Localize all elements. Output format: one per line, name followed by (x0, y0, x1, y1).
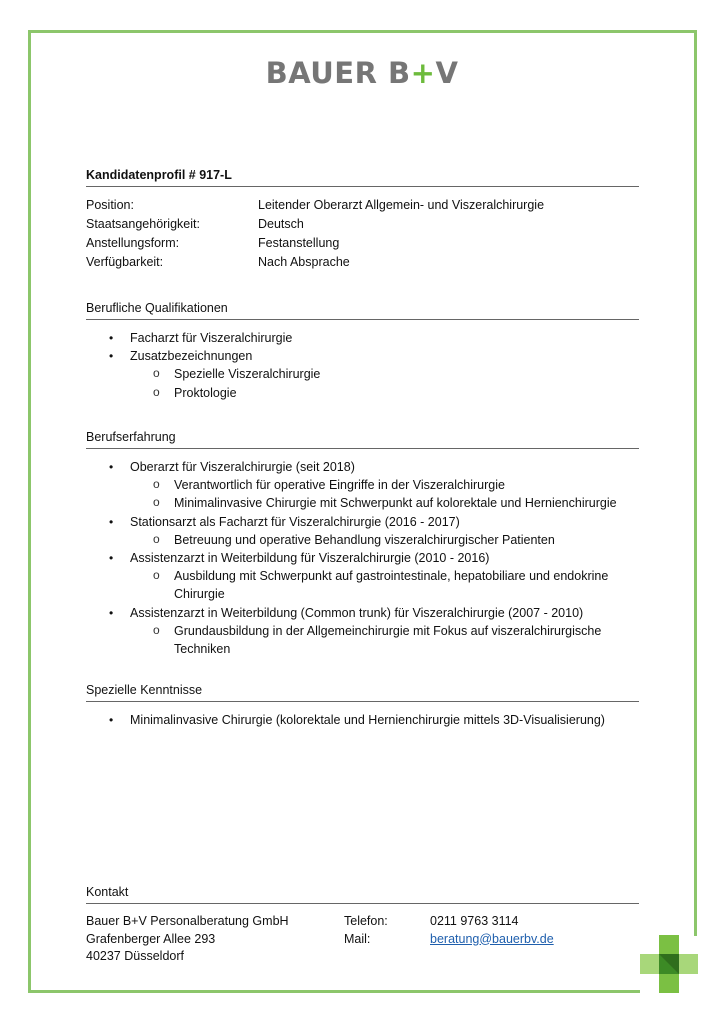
sub-bullet-icon: o (153, 566, 160, 584)
qualifications-section: Berufliche Qualifikationen •Facharzt für… (86, 301, 639, 402)
bullet-icon: • (109, 549, 113, 567)
contact-title: Kontakt (86, 885, 639, 904)
bullet-icon: • (109, 711, 113, 729)
sub-bullet-icon: o (153, 383, 160, 401)
profile-section: Kandidatenprofil # 917-L Position:Leiten… (86, 168, 639, 272)
sub-list-item: oVerantwortlich für operative Eingriffe … (86, 476, 639, 494)
bullet-icon: • (109, 513, 113, 531)
field-label: Verfügbarkeit: (86, 253, 258, 272)
field-value: Festanstellung (258, 234, 339, 253)
profile-fields: Position:Leitender Oberarzt Allgemein- u… (86, 196, 639, 272)
profile-field-row: Verfügbarkeit:Nach Absprache (86, 253, 639, 272)
list-item-text: Oberarzt für Viszeralchirurgie (seit 201… (130, 460, 355, 474)
sub-list-item-text: Betreuung und operative Behandlung visze… (174, 533, 555, 547)
page-frame-right (694, 30, 697, 936)
company-logo: BAUER B+V (0, 56, 724, 90)
sub-list-item: oMinimalinvasive Chirurgie mit Schwerpun… (86, 494, 639, 512)
sub-list-item-text: Minimalinvasive Chirurgie mit Schwerpunk… (174, 496, 617, 510)
sub-list-item: oAusbildung mit Schwerpunkt auf gastroin… (86, 567, 639, 603)
experience-title: Berufserfahrung (86, 430, 639, 449)
list-item-text: Facharzt für Viszeralchirurgie (130, 331, 292, 345)
skills-section: Spezielle Kenntnisse •Minimalinvasive Ch… (86, 683, 639, 729)
profile-title: Kandidatenprofil # 917-L (86, 168, 639, 187)
field-label: Anstellungsform: (86, 234, 258, 253)
qualifications-title: Berufliche Qualifikationen (86, 301, 639, 320)
sub-list-item-text: Proktologie (174, 386, 237, 400)
green-cross-icon (640, 935, 698, 993)
profile-field-row: Staatsangehörigkeit:Deutsch (86, 215, 639, 234)
field-label: Position: (86, 196, 258, 215)
list-item: •Assistenzarzt in Weiterbildung (Common … (86, 604, 639, 622)
list-item-text: Minimalinvasive Chirurgie (kolorektale u… (130, 713, 605, 727)
sub-list-item-text: Ausbildung mit Schwerpunkt auf gastroint… (174, 569, 608, 601)
sub-bullet-icon: o (153, 364, 160, 382)
sub-list-item: oSpezielle Viszeralchirurgie (86, 365, 639, 383)
experience-section: Berufserfahrung •Oberarzt für Viszeralch… (86, 430, 639, 658)
field-value: Leitender Oberarzt Allgemein- und Viszer… (258, 196, 544, 215)
list-item: •Oberarzt für Viszeralchirurgie (seit 20… (86, 458, 639, 476)
list-item-text: Stationsarzt als Facharzt für Viszeralch… (130, 515, 460, 529)
page-frame-left (28, 30, 31, 993)
contact-street: Grafenberger Allee 293 (86, 931, 344, 949)
phone-number: 0211 9763 3114 (430, 913, 519, 931)
field-value: Nach Absprache (258, 253, 350, 272)
list-item: •Zusatzbezeichnungen (86, 347, 639, 365)
bullet-icon: • (109, 347, 113, 365)
list-item: •Minimalinvasive Chirurgie (kolorektale … (86, 711, 639, 729)
sub-list-item-text: Spezielle Viszeralchirurgie (174, 367, 320, 381)
page-frame-bottom (28, 990, 640, 993)
contact-company: Bauer B+V Personalberatung GmbH (86, 913, 344, 931)
list-item-text: Zusatzbezeichnungen (130, 349, 252, 363)
profile-field-row: Anstellungsform:Festanstellung (86, 234, 639, 253)
list-item: •Facharzt für Viszeralchirurgie (86, 329, 639, 347)
logo-plus-icon: + (411, 56, 436, 90)
phone-label: Telefon: (344, 913, 430, 931)
list-item-text: Assistenzarzt in Weiterbildung für Visze… (130, 551, 489, 565)
list-item-text: Assistenzarzt in Weiterbildung (Common t… (130, 606, 583, 620)
sub-list-item-text: Verantwortlich für operative Eingriffe i… (174, 478, 505, 492)
sub-bullet-icon: o (153, 475, 160, 493)
qualifications-list: •Facharzt für Viszeralchirurgie•Zusatzbe… (86, 329, 639, 402)
sub-bullet-icon: o (153, 530, 160, 548)
sub-list-item: oGrundausbildung in der Allgemeinchirurg… (86, 622, 639, 658)
mail-label: Mail: (344, 931, 430, 949)
sub-bullet-icon: o (153, 493, 160, 511)
sub-bullet-icon: o (153, 621, 160, 639)
field-value: Deutsch (258, 215, 304, 234)
bullet-icon: • (109, 604, 113, 622)
list-item: •Assistenzarzt in Weiterbildung für Visz… (86, 549, 639, 567)
skills-list: •Minimalinvasive Chirurgie (kolorektale … (86, 711, 639, 729)
skills-title: Spezielle Kenntnisse (86, 683, 639, 702)
contact-city: 40237 Düsseldorf (86, 948, 344, 966)
bullet-icon: • (109, 458, 113, 476)
contact-section: Kontakt Bauer B+V Personalberatung GmbH … (86, 885, 639, 966)
experience-list: •Oberarzt für Viszeralchirurgie (seit 20… (86, 458, 639, 658)
sub-list-item-text: Grundausbildung in der Allgemeinchirurgi… (174, 624, 601, 656)
page-frame-top (28, 30, 697, 33)
mail-link[interactable]: beratung@bauerbv.de (430, 931, 554, 949)
sub-list-item: oBetreuung und operative Behandlung visz… (86, 531, 639, 549)
sub-list-item: oProktologie (86, 384, 639, 402)
field-label: Staatsangehörigkeit: (86, 215, 258, 234)
bullet-icon: • (109, 329, 113, 347)
profile-field-row: Position:Leitender Oberarzt Allgemein- u… (86, 196, 639, 215)
list-item: •Stationsarzt als Facharzt für Viszeralc… (86, 513, 639, 531)
